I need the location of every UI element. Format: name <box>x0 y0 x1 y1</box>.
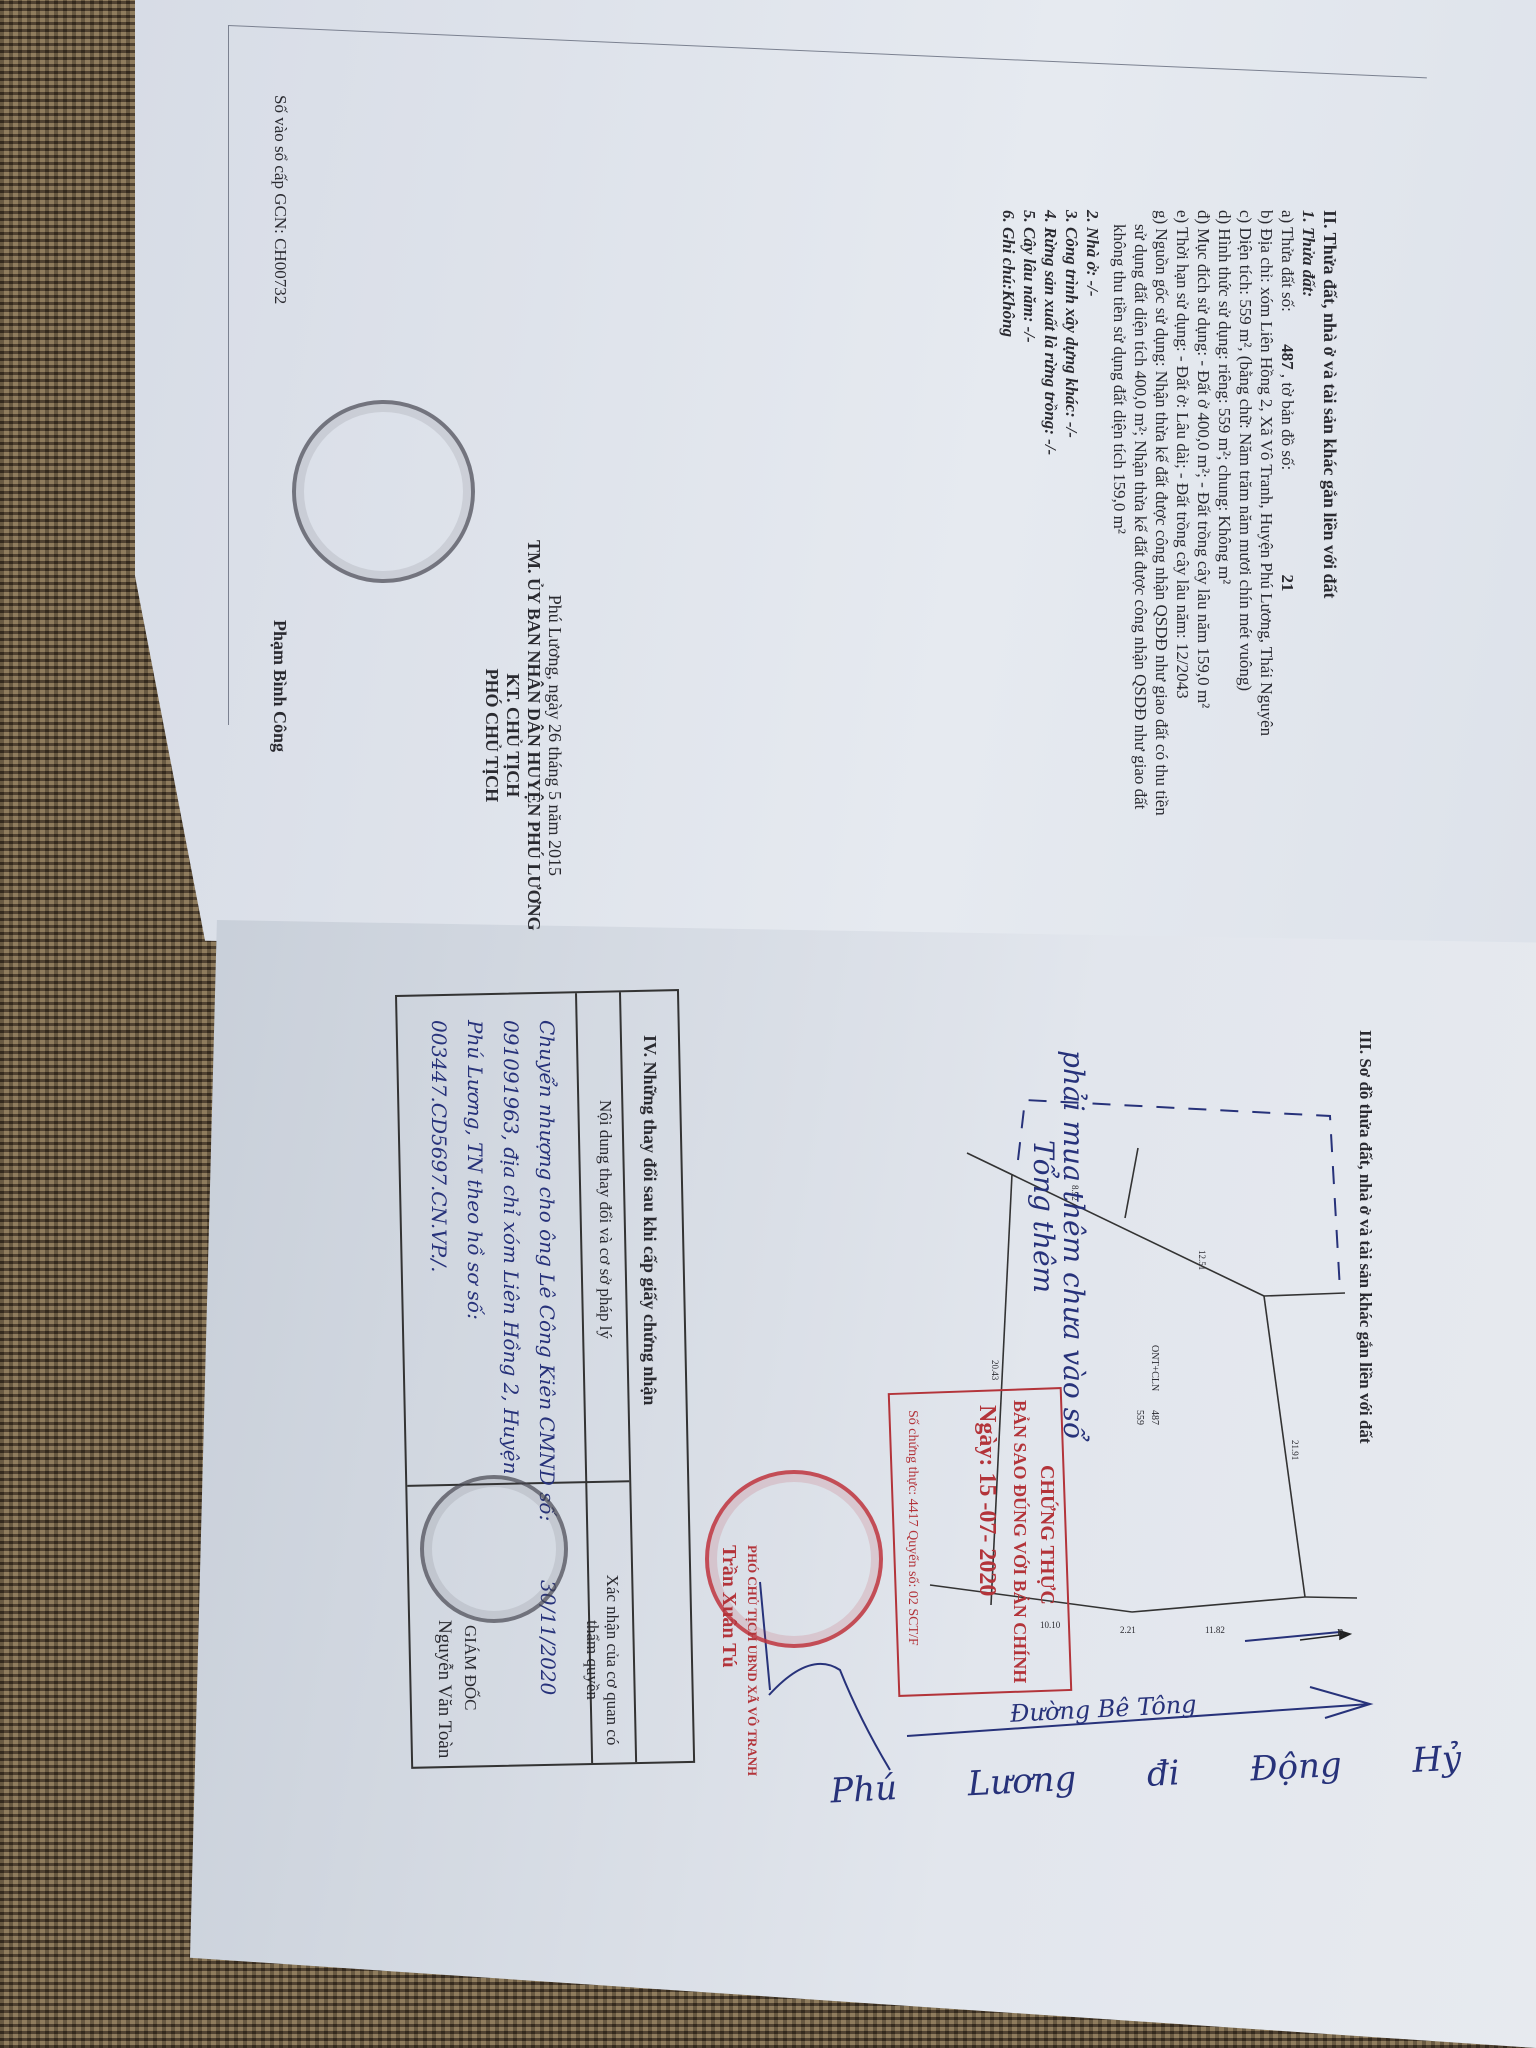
edge-length: 12.51 <box>1197 1250 1207 1270</box>
north-arrow-label: B <box>1337 1628 1344 1639</box>
column-header-confirm: Xác nhận của cơ quan có thẩm quyền <box>582 1560 622 1760</box>
cert-stamp-number: Số chứng thực: 4417 Quyển số: 02 SCT/F <box>904 1410 920 1646</box>
commune-signer-name: Trần Xuân Tú <box>717 1545 740 1668</box>
cert-stamp-subtitle: BẢN SAO ĐÚNG VỚI BẢN CHÍNH <box>1009 1400 1030 1683</box>
edge-length: 11.82 <box>1205 1625 1225 1635</box>
edge-length: 2.21 <box>1120 1625 1136 1635</box>
parcel-label-top: 487 <box>1149 1410 1160 1425</box>
land-registry-stamp <box>420 1475 568 1623</box>
parcel-diagram <box>0 0 1536 2048</box>
handwritten-note-top-2: Tổng thêm <box>1027 1140 1060 1293</box>
confirm-role: GIÁM ĐỐC <box>460 1625 480 1710</box>
edge-length: 20.43 <box>990 1360 1000 1380</box>
parcel-label-bottom: 559 <box>1134 1410 1145 1425</box>
change-entry-content: Chuyển nhượng cho ông Lê Công Kiên CMND … <box>421 1020 565 1521</box>
handwritten-note-top: phải mua thêm chưa vào sổ <box>1057 1050 1090 1439</box>
cert-stamp-date: Ngày: 15 -07- 2020 <box>973 1405 1000 1596</box>
land-code: ONT+CLN <box>1149 1345 1160 1391</box>
edge-length: 21.91 <box>1290 1440 1300 1460</box>
confirm-name: Nguyễn Văn Toàn <box>433 1620 455 1758</box>
cert-stamp-title: CHỨNG THỰC <box>1035 1465 1058 1605</box>
commune-stamp-role: PHÓ CHỦ TỊCH UBND XÃ VÔ TRANH <box>744 1545 760 1776</box>
section-iv-title: IV. Những thay đổi sau khi cấp giấy chứn… <box>639 1035 660 1405</box>
column-header-content: Nội dung thay đổi và cơ sở pháp lý <box>595 1100 615 1339</box>
